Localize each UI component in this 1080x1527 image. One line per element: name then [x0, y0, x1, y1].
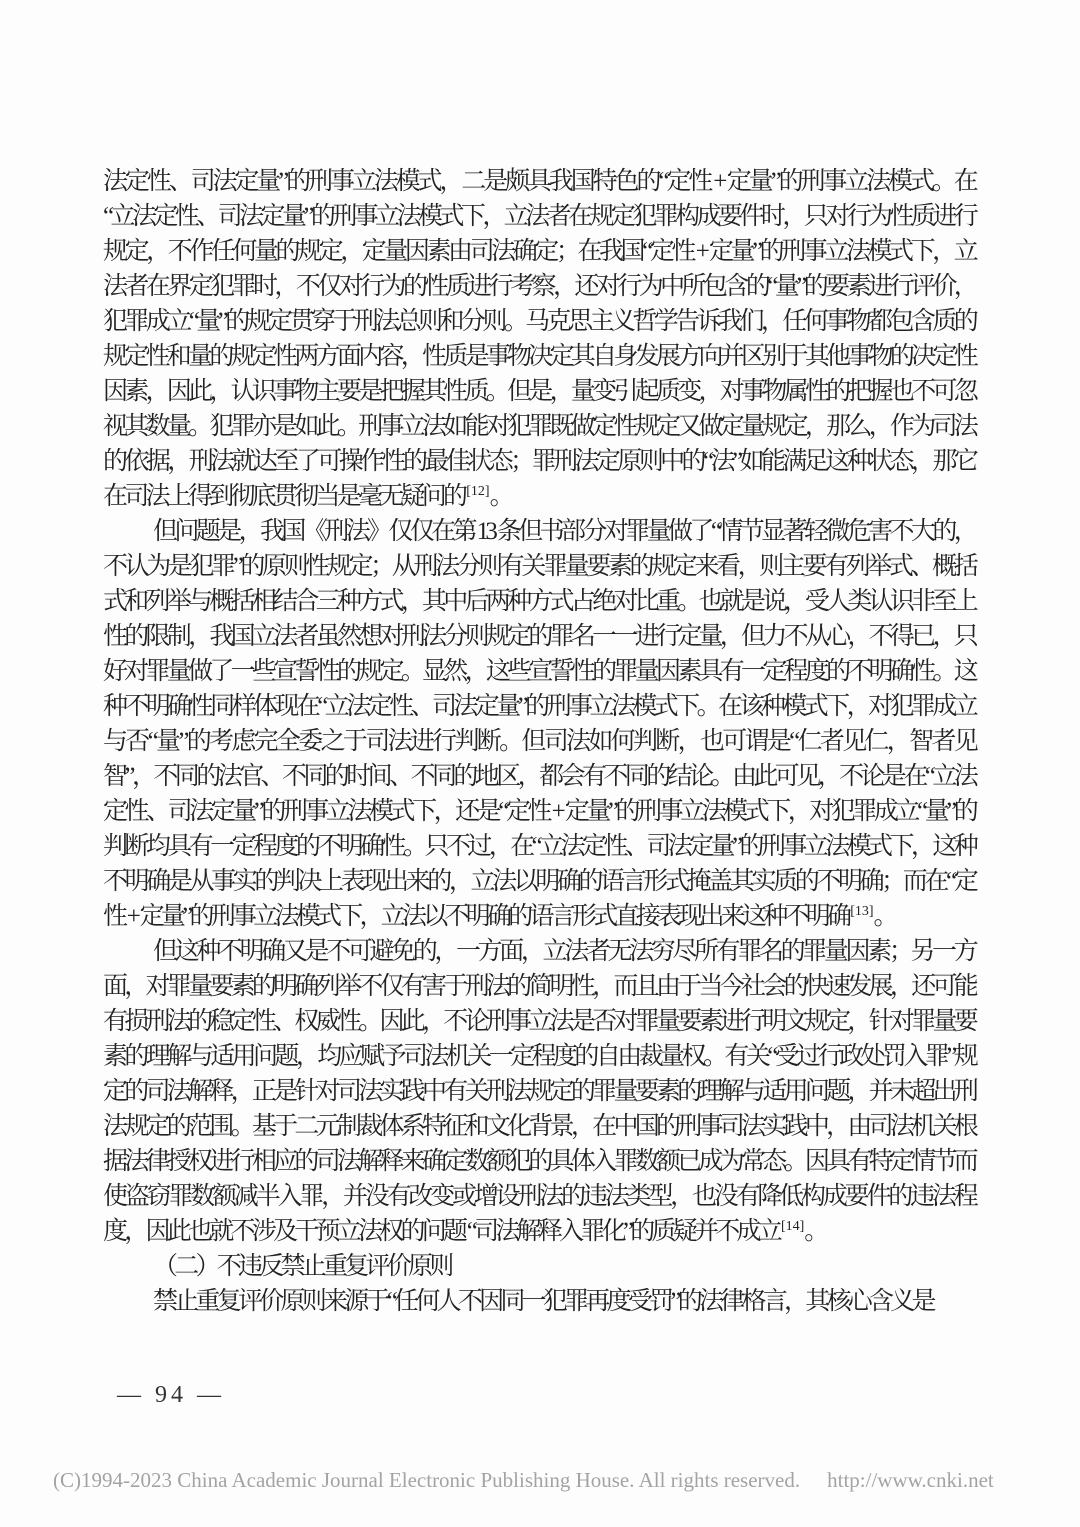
paragraph: 法定性、司法定量”的刑事立法模式，二是颇具我国特色的“定性 + 定量”的刑事立法…: [103, 164, 975, 514]
page: { "document": { "paragraphs": [ { "inden…: [0, 0, 1080, 1527]
citation-ref: [13]: [848, 904, 873, 919]
footer-copyright: (C)1994-2023 China Academic Journal Elec…: [53, 1468, 800, 1492]
paragraph: 但问题是，我国《刑法》仅仅在第 13 条但书部分对罪量做了“情节显著轻微危害不大…: [103, 514, 975, 934]
paragraph: （二）不违反禁止重复评价原则: [103, 1249, 975, 1284]
footer: (C)1994-2023 China Academic Journal Elec…: [53, 1468, 1053, 1493]
paragraph: 但这种不明确又是不可避免的，一方面，立法者无法穷尽所有罪名的罪量因素；另一方面，…: [103, 934, 975, 1249]
footer-url: http://www.cnki.net: [827, 1468, 994, 1492]
citation-ref: [12]: [464, 484, 489, 499]
page-body: 法定性、司法定量”的刑事立法模式，二是颇具我国特色的“定性 + 定量”的刑事立法…: [103, 164, 975, 1319]
paragraph: 禁止重复评价原则来源于“任何人不因同一犯罪再度受罚”的法律格言，其核心含义是: [103, 1284, 975, 1319]
page-number: — 94 —: [117, 1382, 225, 1409]
citation-ref: [14]: [779, 1219, 804, 1234]
